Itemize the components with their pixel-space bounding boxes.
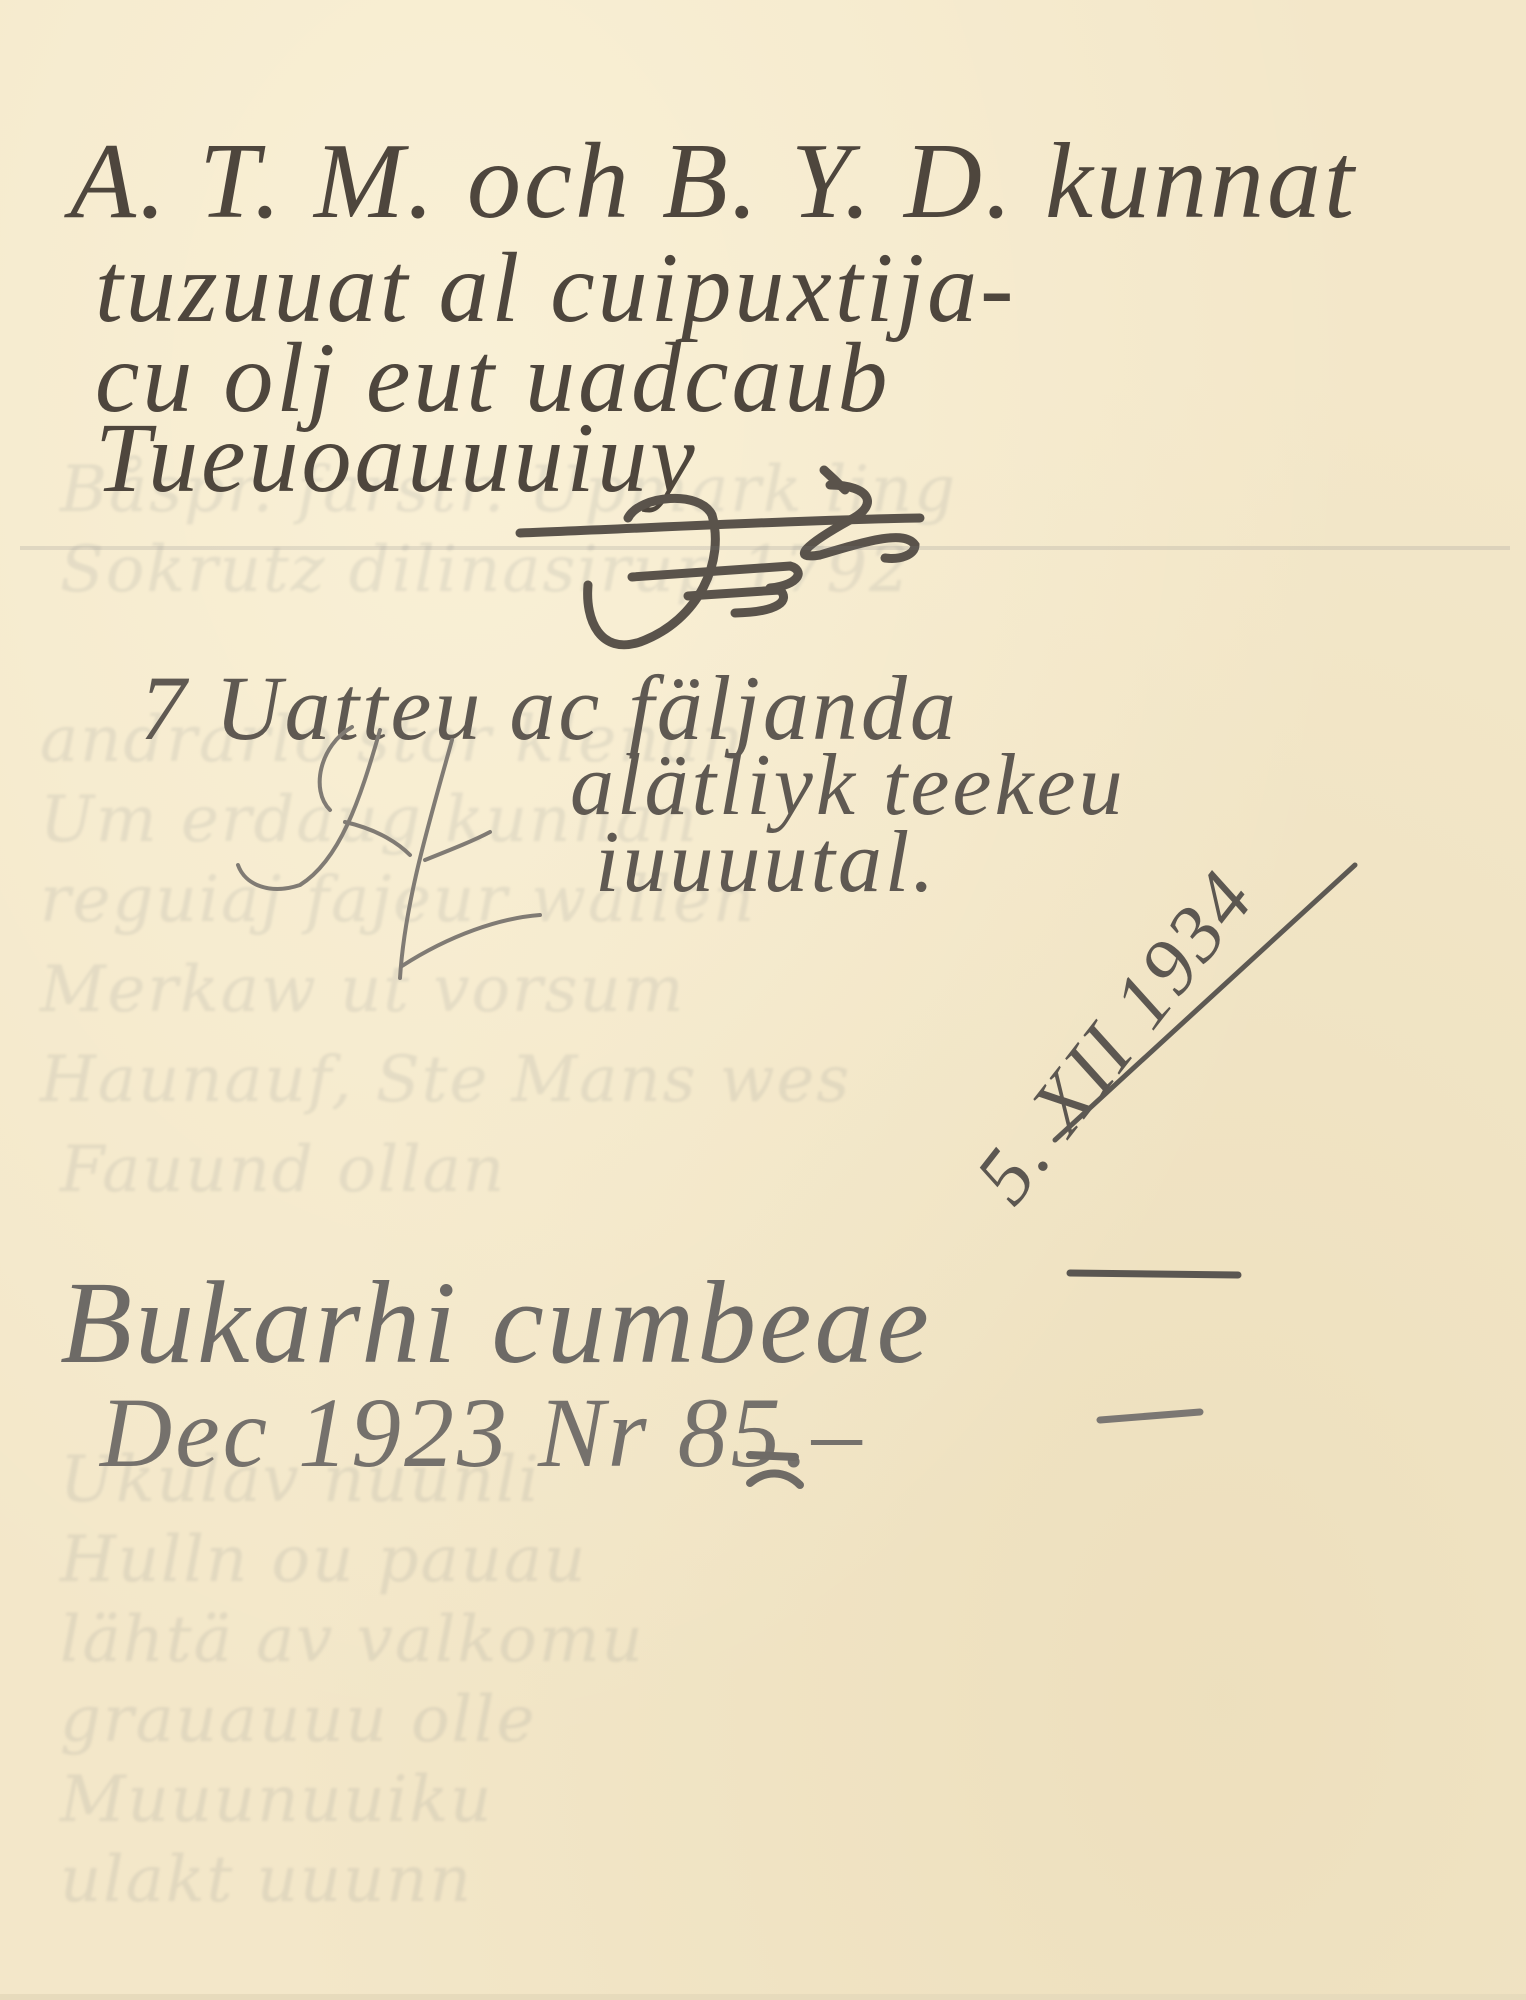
amount-dash [1100,1412,1200,1420]
bleed-line: Sokrutz dilinasirup 1792 [60,530,912,610]
bleed-line: lähtä av valkomu [60,1600,645,1680]
bleed-line: grauauuu olle [60,1680,536,1760]
main-note-line: A. T. M. och B. Y. D. kunnat [70,120,1357,244]
bleed-line: Muuunuuiku [60,1760,493,1840]
bleed-line: Merkaw ut vorsum [40,950,685,1030]
footer-note-line: Dec 1923 Nr 85.– [100,1375,865,1490]
bleed-line: Haunauf, Ste Mans wes [40,1040,851,1120]
bleed-line: Fauund ollan [60,1130,506,1210]
date-underline [1070,1273,1238,1275]
bleed-line: ulakt uuunn [60,1840,473,1920]
bleed-line: Hulln ou pauau [60,1520,587,1600]
main-note-line: Tueuoauuuiuy [95,400,698,515]
second-note-line: iuuuutal. [595,812,937,913]
page-bottom-edge [0,1994,1526,2000]
footer-note-line: Bukarhi cumbeae [60,1255,932,1391]
diagonal-date: 5. XII 1934 [958,854,1273,1221]
